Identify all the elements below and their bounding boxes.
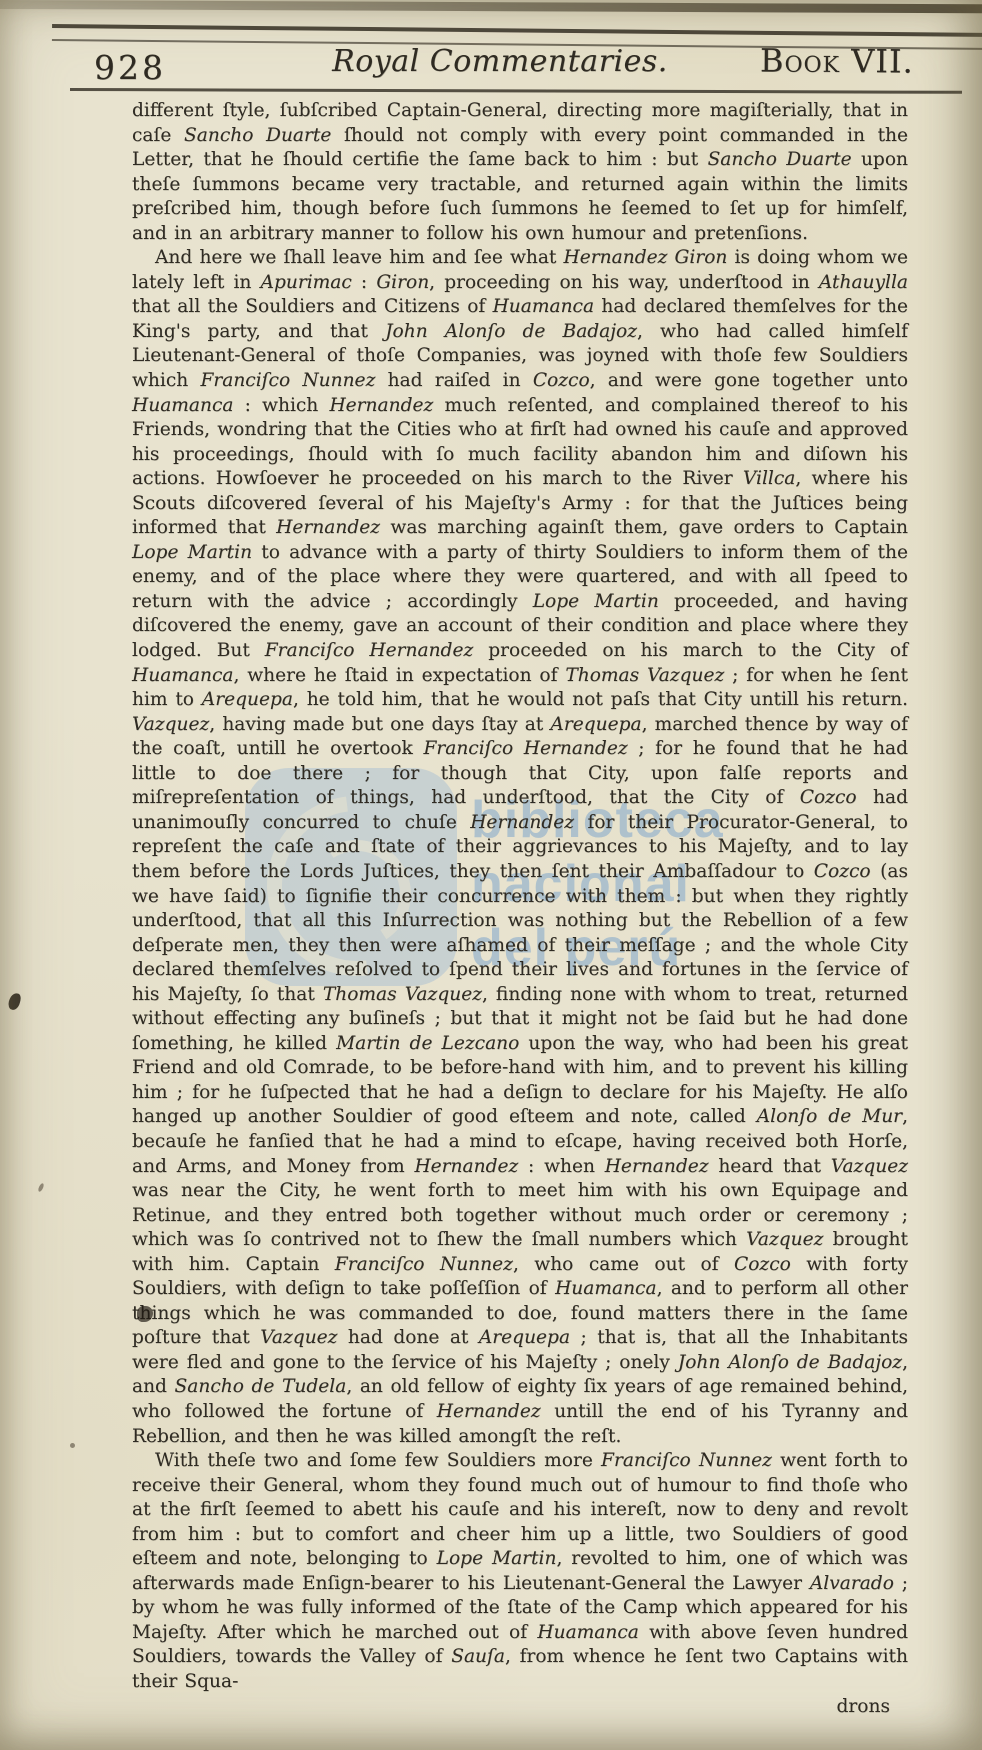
proper-noun: Vazquez	[132, 714, 209, 735]
text-segment: , proceeding on his way, underſtood in	[429, 272, 819, 293]
book-page: 928 Royal Commentaries. Book VII. biblio…	[0, 0, 982, 1750]
proper-noun: Lope Martin	[437, 1548, 557, 1569]
proper-noun: Hernandez	[470, 812, 574, 833]
proper-noun: Huamanca	[493, 296, 594, 317]
proper-noun: Franciſco Nunnez	[335, 1254, 513, 1275]
proper-noun: Cozco	[800, 787, 857, 808]
text-segment: had raiſed in	[375, 370, 532, 391]
proper-noun: Hernandez	[437, 1401, 541, 1422]
proper-noun: Lope Martin	[533, 591, 659, 612]
proper-noun: Cozco	[533, 370, 590, 391]
proper-noun: Hernandez	[605, 1156, 709, 1177]
text-segment: heard that	[709, 1156, 831, 1177]
proper-noun: Villca	[743, 468, 795, 489]
scan-edge-shadow	[0, 0, 982, 13]
proper-noun: Huamanca	[537, 1622, 638, 1643]
proper-noun: Huamanca	[555, 1278, 656, 1299]
proper-noun: Franciſco Nunnez	[601, 1450, 772, 1471]
catchword: drons	[132, 1695, 908, 1720]
proper-noun: Hernandez	[414, 1156, 518, 1177]
text-segment: that all the Souldiers and Citizens of	[132, 296, 493, 317]
proper-noun: Vazquez	[260, 1327, 337, 1348]
proper-noun: Franciſco Nunnez	[200, 370, 375, 391]
ink-speck	[70, 1443, 75, 1448]
paragraph: different ſtyle, ſubſcribed Captain-Gene…	[132, 99, 908, 246]
text-segment: With theſe two and ſome few Souldiers mo…	[155, 1450, 601, 1471]
proper-noun: Lope Martin	[132, 542, 252, 563]
proper-noun: Hernandez Giron	[564, 247, 728, 268]
running-title: Royal Commentaries.	[280, 44, 720, 79]
text-segment: , where he ſtaid in expectation of	[233, 665, 565, 686]
proper-noun: Vazquez	[746, 1229, 823, 1250]
proper-noun: Sauſa	[451, 1646, 505, 1667]
text-segment: :	[352, 272, 377, 293]
scan-stage: 928 Royal Commentaries. Book VII. biblio…	[0, 0, 982, 1750]
text-column: different ſtyle, ſubſcribed Captain-Gene…	[132, 99, 908, 1719]
proper-noun: Giron	[376, 272, 429, 293]
proper-noun: Huamanca	[132, 395, 233, 416]
text-segment: : which	[233, 395, 329, 416]
proper-noun: Huamanca	[132, 665, 233, 686]
ink-speck	[37, 1183, 44, 1193]
proper-noun: Franciſco Hernandez	[265, 640, 474, 661]
body-text: different ſtyle, ſubſcribed Captain-Gene…	[132, 99, 908, 1695]
proper-noun: Sancho de Tudela	[175, 1376, 347, 1397]
ink-blot	[7, 992, 22, 1011]
proper-noun: Alonſo de Mur	[757, 1106, 902, 1127]
proper-noun: Thomas Vazquez	[565, 665, 724, 686]
text-segment: had done at	[337, 1327, 478, 1348]
proper-noun: Alvarado	[810, 1573, 894, 1594]
proper-noun: Cozco	[814, 861, 871, 882]
proper-noun: Arequepa	[479, 1327, 570, 1348]
proper-noun: Vazquez	[831, 1156, 908, 1177]
text-segment: , who came out of	[513, 1254, 734, 1275]
text-segment: : when	[518, 1156, 604, 1177]
text-segment: , and were gone together unto	[590, 370, 908, 391]
proper-noun: Thomas Vazquez	[323, 984, 482, 1005]
proper-noun: Arequepa	[550, 714, 641, 735]
page-number: 928	[94, 48, 166, 87]
text-segment: , having made but one days ſtay at	[209, 714, 550, 735]
book-label: Book VII.	[760, 41, 914, 80]
proper-noun: Hernandez	[329, 395, 433, 416]
text-segment: was marching againſt them, gave orders t…	[380, 517, 908, 538]
proper-noun: Apurimac	[261, 272, 352, 293]
proper-noun: Cozco	[734, 1254, 791, 1275]
text-segment: And here we ſhall leave him and ſee what	[155, 247, 564, 268]
text-segment: proceeded on his march to the City of	[473, 640, 908, 661]
paragraph: With theſe two and ſome few Souldiers mo…	[132, 1449, 908, 1694]
proper-noun: Sancho Duarte	[184, 125, 331, 146]
proper-noun: John Alonſo de Badajoz	[385, 321, 637, 342]
proper-noun: Franciſco Hernandez	[423, 738, 627, 759]
proper-noun: Martin de Lezcano	[336, 1033, 519, 1054]
proper-noun: Athauylla	[819, 272, 908, 293]
page-header: 928 Royal Commentaries. Book VII.	[90, 40, 942, 92]
proper-noun: Hernandez	[276, 517, 380, 538]
text-segment: , he told him, that he would not paſs th…	[293, 689, 908, 710]
proper-noun: Arequepa	[202, 689, 293, 710]
paragraph: And here we ſhall leave him and ſee what…	[132, 246, 908, 1449]
proper-noun: John Alonſo de Badajoz	[678, 1352, 902, 1373]
proper-noun: Sancho Duarte	[708, 149, 852, 170]
